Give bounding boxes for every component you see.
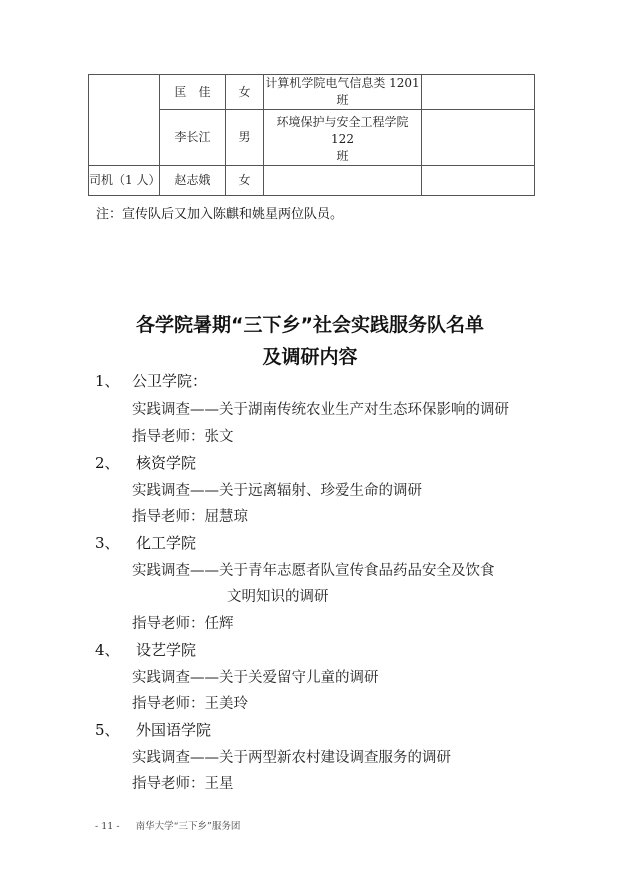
name-cell: 赵志娥 bbox=[160, 166, 226, 196]
role-cell: 司机（1 人） bbox=[89, 166, 160, 196]
extra-cell bbox=[422, 166, 535, 196]
note-text: 注：宣传队后又加入陈麒和姚星两位队员。 bbox=[96, 203, 343, 222]
college-name: 化工学院 bbox=[136, 532, 196, 553]
class-line-1: 环境保护与安全工程学院 122 bbox=[264, 114, 421, 148]
name-cell: 匡 佳 bbox=[160, 75, 226, 110]
survey-topic: 实践调查——关于湖南传统农业生产对生态环保影响的调研 bbox=[132, 398, 509, 419]
survey-topic: 实践调查——关于青年志愿者队宣传食品药品安全及饮食 bbox=[132, 559, 495, 580]
item-number: 4、 bbox=[95, 639, 120, 660]
name-cell: 李长江 bbox=[160, 110, 226, 166]
extra-cell bbox=[422, 110, 535, 166]
class-line-2: 班 bbox=[264, 148, 421, 165]
gender-cell: 男 bbox=[226, 110, 264, 166]
item-number: 5、 bbox=[95, 719, 120, 740]
college-name: 公卫学院： bbox=[132, 370, 207, 391]
advisor: 指导老师：王星 bbox=[132, 772, 234, 793]
item-number: 1、 bbox=[95, 370, 120, 391]
page-subtitle: 及调研内容 bbox=[0, 342, 620, 369]
college-name: 核资学院 bbox=[136, 452, 196, 473]
survey-topic-continued: 文明知识的调研 bbox=[227, 585, 329, 606]
gender-cell: 女 bbox=[226, 166, 264, 196]
member-table: 匡 佳 女 计算机学院电气信息类 1201 班 李长江 男 环境保护与安全工程学… bbox=[88, 74, 535, 196]
advisor: 指导老师：屈慧琼 bbox=[132, 505, 248, 526]
item-number: 3、 bbox=[95, 532, 120, 553]
survey-topic: 实践调查——关于远离辐射、珍爱生命的调研 bbox=[132, 479, 422, 500]
college-name: 设艺学院 bbox=[136, 639, 196, 660]
class-cell: 环境保护与安全工程学院 122 班 bbox=[264, 110, 422, 166]
survey-topic: 实践调查——关于两型新农村建设调查服务的调研 bbox=[132, 746, 451, 767]
extra-cell bbox=[422, 75, 535, 110]
gender-cell: 女 bbox=[226, 75, 264, 110]
survey-topic: 实践调查——关于关爱留守儿童的调研 bbox=[132, 666, 379, 687]
page-title: 各学院暑期“三下乡”社会实践服务队名单 bbox=[0, 310, 620, 337]
page-number: - 11 - bbox=[95, 821, 120, 832]
advisor: 指导老师：任辉 bbox=[132, 612, 234, 633]
college-name: 外国语学院 bbox=[136, 719, 211, 740]
advisor: 指导老师：张文 bbox=[132, 425, 234, 446]
role-cell bbox=[89, 75, 160, 166]
advisor: 指导老师：王美玲 bbox=[132, 692, 248, 713]
class-cell: 计算机学院电气信息类 1201 班 bbox=[264, 75, 422, 110]
footer-org: 南华大学“三下乡”服务团 bbox=[136, 821, 241, 832]
class-cell bbox=[264, 166, 422, 196]
item-number: 2、 bbox=[95, 452, 120, 473]
page-footer: - 11 - 南华大学“三下乡”服务团 bbox=[95, 818, 240, 832]
